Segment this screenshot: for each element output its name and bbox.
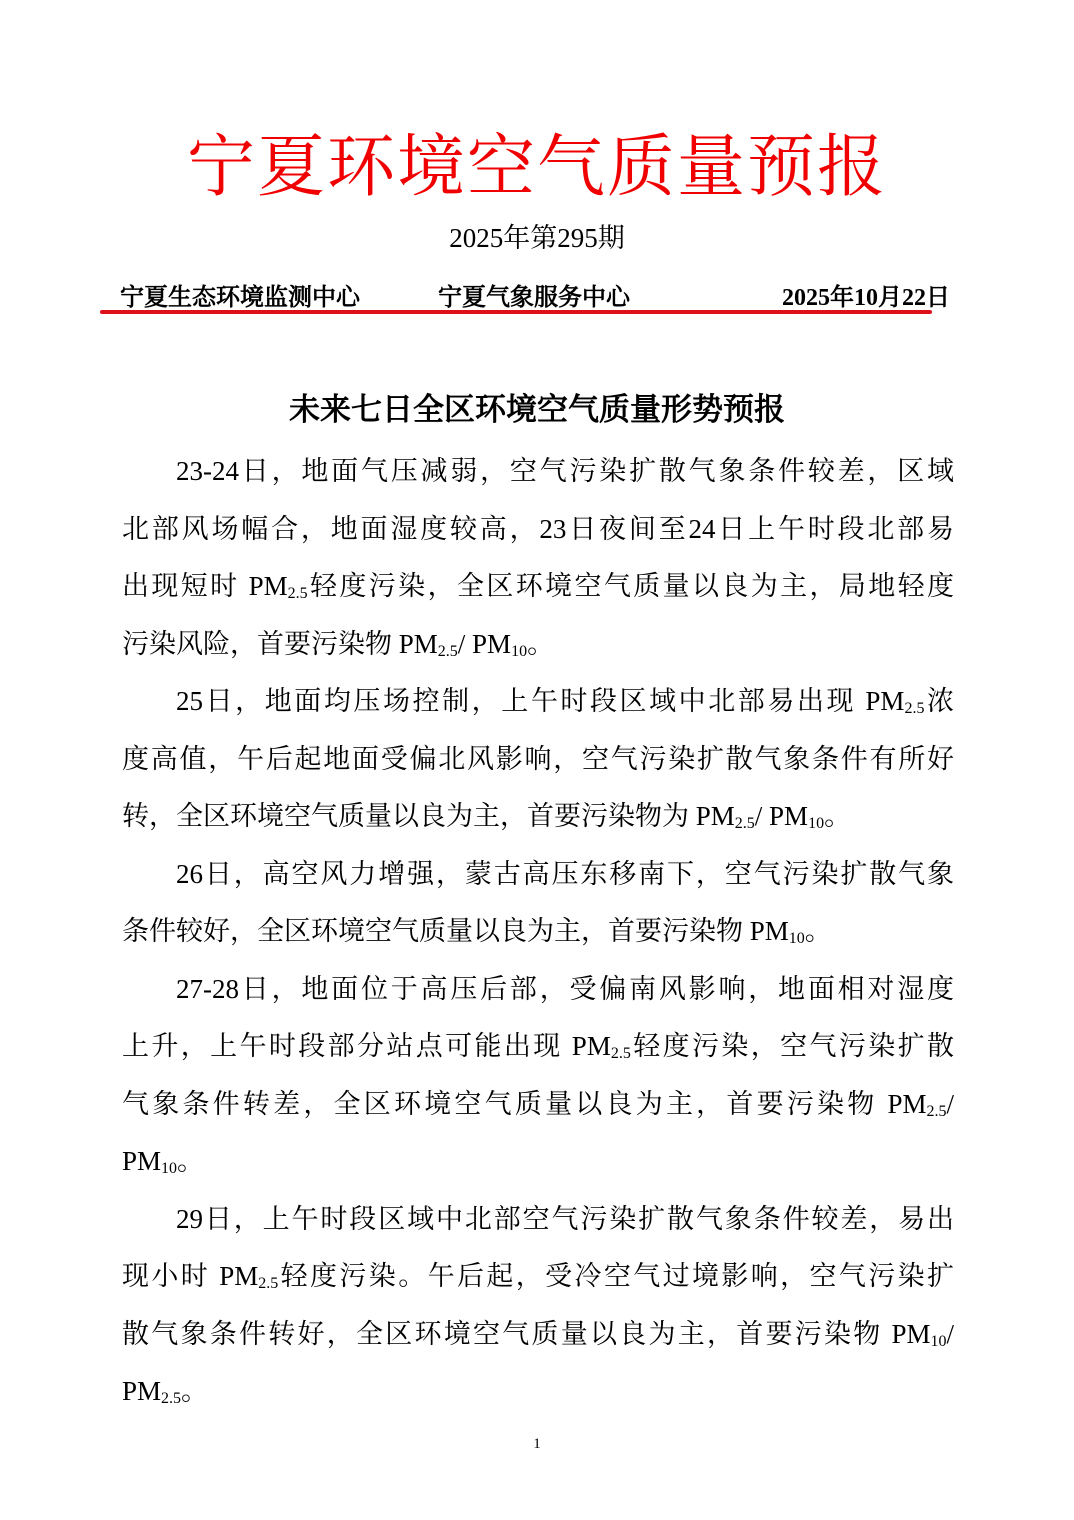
text-line: 气象条件转差，全区环境空气质量以良为主，首要污染物 PM2.5/ <box>122 1076 954 1134</box>
masthead-title: 宁夏环境空气质量预报 <box>0 128 1074 208</box>
paragraph-oct-23-24: 23-24日，地面气压减弱，空气污染扩散气象条件较差，区域 北部风场幅合，地面湿… <box>122 443 954 673</box>
red-divider-rule <box>100 310 932 314</box>
text-line: 26日，高空风力增强，蒙古高压东移南下，空气污染扩散气象 <box>122 846 954 904</box>
publisher-meteorological-center: 宁夏气象服务中心 <box>438 277 630 312</box>
section-title: 未来七日全区环境空气质量形势预报 <box>0 388 1074 432</box>
text-line: 27-28日，地面位于高压后部，受偏南风影响，地面相对湿度 <box>122 961 954 1019</box>
text-line: 上升，上午时段部分站点可能出现 PM2.5轻度污染，空气污染扩散 <box>122 1018 954 1076</box>
text-line: 散气象条件转好，全区环境空气质量以良为主，首要污染物 PM10/ <box>122 1306 954 1364</box>
paragraph-oct-29: 29日，上午时段区域中北部空气污染扩散气象条件较差，易出 现小时 PM2.5轻度… <box>122 1191 954 1421</box>
paragraph-oct-26: 26日，高空风力增强，蒙古高压东移南下，空气污染扩散气象 条件较好，全区环境空气… <box>122 846 954 961</box>
paragraph-oct-25: 25日，地面均压场控制，上午时段区域中北部易出现 PM2.5浓 度高值，午后起地… <box>122 673 954 846</box>
text-line: PM2.5。 <box>122 1363 954 1421</box>
paragraph-oct-27-28: 27-28日，地面位于高压后部，受偏南风影响，地面相对湿度 上升，上午时段部分站… <box>122 961 954 1191</box>
text-line: 25日，地面均压场控制，上午时段区域中北部易出现 PM2.5浓 <box>122 673 954 731</box>
text-line: 29日，上午时段区域中北部空气污染扩散气象条件较差，易出 <box>122 1191 954 1249</box>
text-line: PM10。 <box>122 1133 954 1191</box>
text-line: 北部风场幅合，地面湿度较高，23日夜间至24日上午时段北部易 <box>122 501 954 559</box>
text-line: 转，全区环境空气质量以良为主，首要污染物为 PM2.5/ PM10。 <box>122 788 954 846</box>
text-line: 度高值，午后起地面受偏北风影响，空气污染扩散气象条件有所好 <box>122 731 954 789</box>
forecast-body: 23-24日，地面气压减弱，空气污染扩散气象条件较差，区域 北部风场幅合，地面湿… <box>122 443 954 1421</box>
text-line: 条件较好，全区环境空气质量以良为主，首要污染物 PM10。 <box>122 903 954 961</box>
page-number: 1 <box>0 1436 1074 1453</box>
publisher-line: 宁夏生态环境监测中心 宁夏气象服务中心 2025年10月22日 <box>120 277 950 311</box>
issue-number: 2025年第295期 <box>0 218 1074 258</box>
text-line: 污染风险，首要污染物 PM2.5/ PM10。 <box>122 616 954 674</box>
text-line: 出现短时 PM2.5轻度污染，全区环境空气质量以良为主，局地轻度 <box>122 558 954 616</box>
publisher-environment-center: 宁夏生态环境监测中心 <box>120 277 360 312</box>
text-line: 23-24日，地面气压减弱，空气污染扩散气象条件较差，区域 <box>122 443 954 501</box>
text-line: 现小时 PM2.5轻度污染。午后起，受冷空气过境影响，空气污染扩 <box>122 1248 954 1306</box>
publish-date: 2025年10月22日 <box>782 277 950 312</box>
